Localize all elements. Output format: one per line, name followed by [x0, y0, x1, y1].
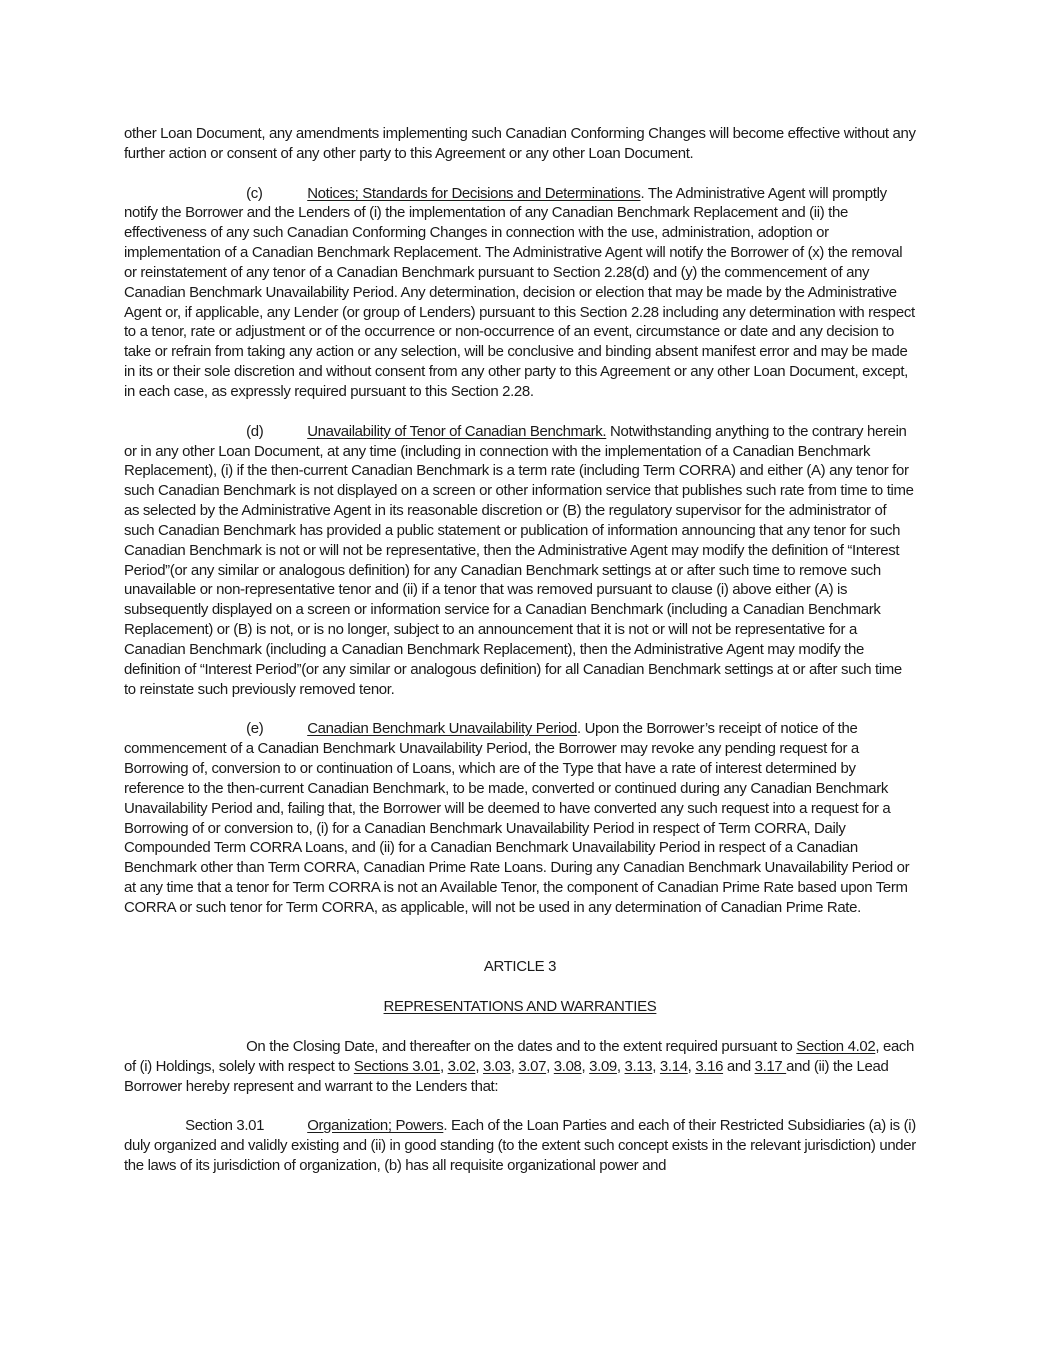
ref-3-08[interactable]: 3.08 [554, 1058, 582, 1075]
section-d-heading: Unavailability of Tenor of Canadian Benc… [307, 423, 606, 440]
intro-text-1: On the Closing Date, and thereafter on t… [246, 1038, 796, 1055]
section-e-paragraph: (e)Canadian Benchmark Unavailability Per… [124, 719, 916, 917]
conjunction: and [723, 1058, 755, 1075]
intro-paragraph: On the Closing Date, and thereafter on t… [124, 1037, 916, 1097]
section-c-label: (c) [246, 184, 307, 204]
ref-3-07[interactable]: 3.07 [518, 1058, 546, 1075]
section-3-01-label: Section 3.01 [185, 1116, 307, 1136]
article-number: ARTICLE 3 [124, 957, 916, 977]
section-d-label: (d) [246, 422, 307, 442]
separator: , [652, 1058, 660, 1075]
section-c-body: . The Administrative Agent will promptly… [124, 185, 915, 400]
ref-3-17[interactable]: 3.17 [755, 1058, 787, 1075]
section-3-01-paragraph: Section 3.01Organization; Powers. Each o… [124, 1116, 916, 1176]
section-c-heading: Notices; Standards for Decisions and Det… [307, 185, 640, 202]
document-page: other Loan Document, any amendments impl… [124, 124, 916, 1176]
ref-3-16[interactable]: 3.16 [695, 1058, 723, 1075]
section-d-body: Notwithstanding anything to the contrary… [124, 423, 914, 698]
article-title: REPRESENTATIONS AND WARRANTIES [124, 997, 916, 1017]
separator: , [688, 1058, 696, 1075]
article-title-text: REPRESENTATIONS AND WARRANTIES [384, 998, 657, 1015]
continuation-paragraph: other Loan Document, any amendments impl… [124, 124, 916, 164]
ref-3-09[interactable]: 3.09 [589, 1058, 617, 1075]
ref-3-13[interactable]: 3.13 [625, 1058, 653, 1075]
ref-3-02[interactable]: 3.02 [448, 1058, 476, 1075]
section-d-paragraph: (d)Unavailability of Tenor of Canadian B… [124, 422, 916, 700]
ref-sections-3-01[interactable]: Sections 3.01 [354, 1058, 440, 1075]
section-3-01-heading: Organization; Powers [307, 1117, 443, 1134]
section-c-paragraph: (c)Notices; Standards for Decisions and … [124, 184, 916, 402]
section-e-label: (e) [246, 719, 307, 739]
ref-section-4-02[interactable]: Section 4.02 [796, 1038, 875, 1055]
section-e-heading: Canadian Benchmark Unavailability Period [307, 720, 577, 737]
ref-3-03[interactable]: 3.03 [483, 1058, 511, 1075]
section-e-body: . Upon the Borrower’s receipt of notice … [124, 720, 909, 916]
separator: , [440, 1058, 448, 1075]
ref-3-14[interactable]: 3.14 [660, 1058, 688, 1075]
